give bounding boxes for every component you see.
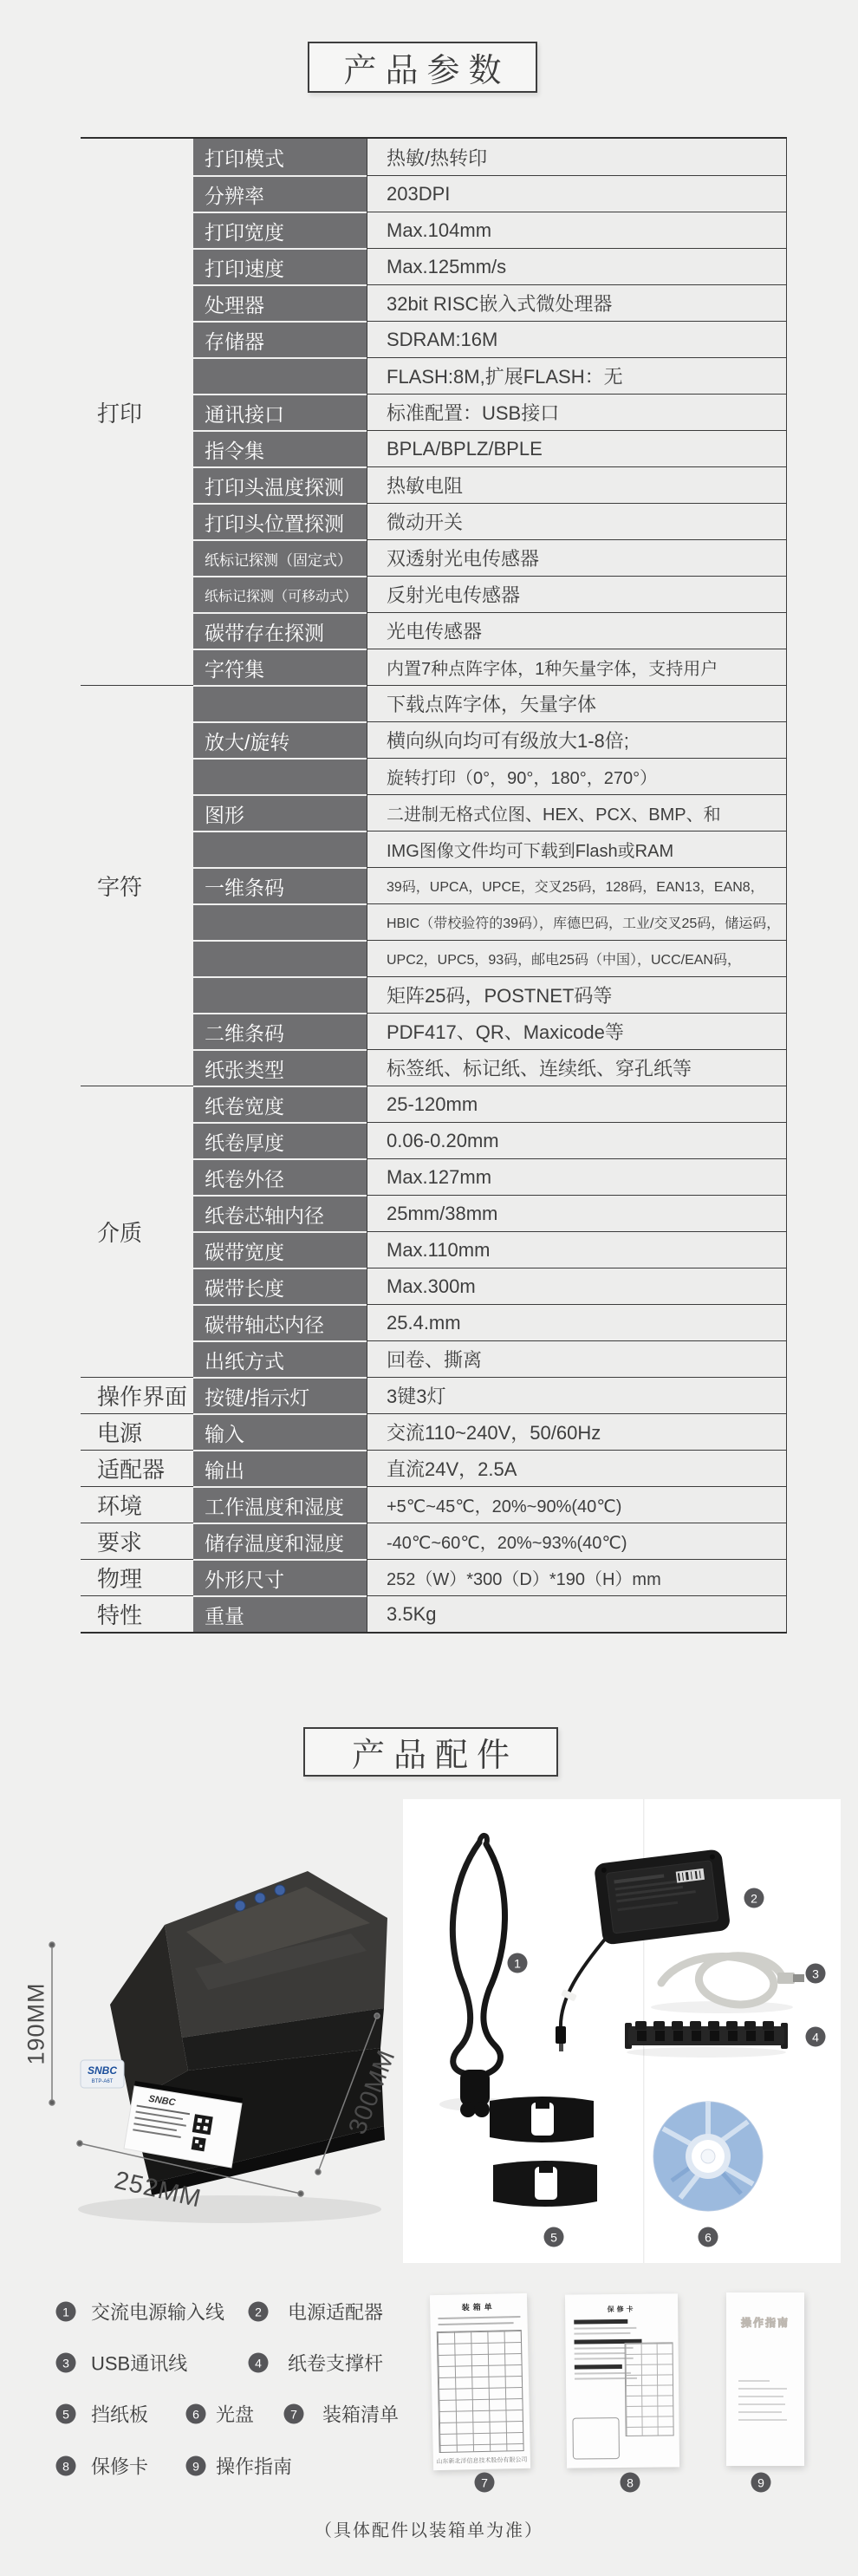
- spec-value: FLASH:8M,扩展FLASH：无: [367, 357, 787, 394]
- spec-row: IMG图像文件均可下载到Flash或RAM: [193, 831, 787, 867]
- spec-row: FLASH:8M,扩展FLASH：无: [193, 357, 787, 394]
- spec-label: 图形: [193, 794, 367, 831]
- legend-item-label: USB通讯线: [91, 2350, 187, 2377]
- doc-decoration: [575, 2352, 626, 2355]
- power-cord-image: [439, 1836, 512, 2117]
- spec-value: 二进制无格式位图、HEX、PCX、BMP、和: [367, 794, 787, 831]
- doc-stamp-box: [572, 2417, 619, 2460]
- svg-text:SNBC: SNBC: [88, 2064, 117, 2077]
- spec-label: 纸标记探测（可移动式）: [193, 576, 367, 612]
- adapter-cable-image: [556, 1936, 608, 2051]
- spec-row: 下载点阵字体，矢量字体: [193, 685, 787, 721]
- accessories-panel: [403, 1799, 841, 2263]
- doc-decoration: [574, 2327, 636, 2330]
- spec-value: +5℃~45℃，20%~90%(40℃): [367, 1486, 787, 1523]
- spec-category: 字符: [81, 685, 193, 1086]
- spec-label: 碳带存在探测: [193, 612, 367, 649]
- spec-value: Max.300m: [367, 1268, 787, 1304]
- legend-item-label: 纸卷支撑杆: [288, 2350, 383, 2377]
- spec-row: 旋转打印（0°，90°，180°，270°）: [193, 758, 787, 794]
- spec-label: 重量: [193, 1595, 367, 1632]
- paper-guide-image: [490, 2097, 597, 2207]
- spec-row: 打印头位置探测微动开关: [193, 503, 787, 539]
- spec-row: 出纸方式回卷、撕离: [193, 1340, 787, 1377]
- printer-image: SNBC BTP-A6T SNBC: [48, 1838, 394, 2237]
- operation-guide-document: 操作指南: [726, 2292, 804, 2466]
- spec-category: 要求: [81, 1523, 193, 1559]
- spec-row: 打印模式热敏/热转印: [193, 139, 787, 175]
- spec-section: 物理外形尺寸252（W）*300（D）*190（H）mm: [81, 1559, 787, 1595]
- spec-label: 打印宽度: [193, 212, 367, 248]
- spec-value: 回卷、撕离: [367, 1340, 787, 1377]
- spec-value: 标准配置：USB接口: [367, 394, 787, 430]
- item-number-badge: 1: [508, 1953, 528, 1973]
- cd-image: [653, 2102, 763, 2211]
- doc-table: [437, 2330, 524, 2453]
- usb-cable-image: [651, 1956, 804, 2013]
- legend-number-badge: 5: [56, 2404, 76, 2424]
- spec-label: 工作温度和湿度: [193, 1486, 367, 1523]
- spec-row: 碳带宽度Max.110mm: [193, 1231, 787, 1268]
- printer-brand-badge: SNBC BTP-A6T: [81, 2060, 124, 2088]
- spec-category: 打印: [81, 139, 193, 685]
- spec-category: 物理: [81, 1559, 193, 1595]
- spec-section: 要求储存温度和湿度-40℃~60℃，20%~93%(40℃): [81, 1523, 787, 1559]
- spec-row: 输入交流110~240V，50/60Hz: [193, 1413, 787, 1450]
- spec-value: PDF417、QR、Maxicode等: [367, 1013, 787, 1049]
- spec-label: 打印速度: [193, 248, 367, 284]
- spec-label: 纸张类型: [193, 1049, 367, 1086]
- spec-value: 横向纵向均可有级放大1-8倍;: [367, 721, 787, 758]
- spec-row: 分辨率203DPI: [193, 175, 787, 212]
- spec-section: 操作界面按键/指示灯3键3灯: [81, 1377, 787, 1413]
- spec-category: 操作界面: [81, 1377, 193, 1413]
- spec-value: Max.127mm: [367, 1158, 787, 1195]
- spec-row: 通讯接口标准配置：USB接口: [193, 394, 787, 430]
- spec-category: 环境: [81, 1486, 193, 1523]
- spec-value: 矩阵25码，POSTNET码等: [367, 976, 787, 1013]
- spec-value: -40℃~60℃，20%~93%(40℃): [367, 1523, 787, 1559]
- spec-label: 打印头位置探测: [193, 503, 367, 539]
- spec-label: 外形尺寸: [193, 1559, 367, 1595]
- spec-value: 32bit RISC嵌入式微处理器: [367, 284, 787, 321]
- warranty-card-document: 保修卡: [565, 2293, 679, 2468]
- spec-value: SDRAM:16M: [367, 321, 787, 357]
- spec-section: 打印打印模式热敏/热转印分辨率203DPI打印宽度Max.104mm打印速度Ma…: [81, 139, 787, 685]
- spec-label: [193, 976, 367, 1013]
- spec-value: IMG图像文件均可下载到Flash或RAM: [367, 831, 787, 867]
- legend-number-badge: 2: [249, 2302, 269, 2322]
- spec-category: 适配器: [81, 1450, 193, 1486]
- spec-row: 按键/指示灯3键3灯: [193, 1377, 787, 1413]
- spec-label: 纸卷厚度: [193, 1122, 367, 1158]
- item-number-badge: 7: [475, 2473, 495, 2493]
- spec-label: [193, 831, 367, 867]
- doc-decoration: [439, 2322, 514, 2325]
- spec-row: 纸张类型标签纸、标记纸、连续纸、穿孔纸等: [193, 1049, 787, 1086]
- spec-row: 打印速度Max.125mm/s: [193, 248, 787, 284]
- legend-item-label: 操作指南: [216, 2453, 292, 2480]
- spec-label: 输出: [193, 1450, 367, 1486]
- legend-number-badge: 3: [56, 2353, 76, 2373]
- doc-table: [625, 2342, 674, 2436]
- spec-value: 下载点阵字体，矢量字体: [367, 685, 787, 721]
- spec-value: 25mm/38mm: [367, 1195, 787, 1231]
- doc-title: 装箱单: [430, 2300, 527, 2313]
- legend-number-badge: 6: [186, 2404, 206, 2424]
- spec-row: 二维条码PDF417、QR、Maxicode等: [193, 1013, 787, 1049]
- spec-label: 二维条码: [193, 1013, 367, 1049]
- spec-label: 存储器: [193, 321, 367, 357]
- svg-text:BTP-A6T: BTP-A6T: [92, 2079, 114, 2084]
- spec-label: 一维条码: [193, 867, 367, 903]
- note-text: （具体配件以装箱单为准）: [0, 2516, 858, 2541]
- spec-value: HBIC（带校验符的39码），库德巴码，工业/交叉25码，储运码，: [367, 903, 787, 940]
- spec-value: 微动开关: [367, 503, 787, 539]
- spec-value: 反射光电传感器: [367, 576, 787, 612]
- item-number-badge: 9: [751, 2473, 771, 2493]
- title-text: 产品参数: [343, 43, 510, 91]
- spec-row: 外形尺寸252（W）*300（D）*190（H）mm: [193, 1559, 787, 1595]
- spec-section: 环境工作温度和湿度+5℃~45℃，20%~90%(40℃): [81, 1486, 787, 1523]
- spec-value: 旋转打印（0°，90°，180°，270°）: [367, 758, 787, 794]
- spec-value: 39码，UPCA，UPCE，交叉25码，128码，EAN13，EAN8，: [367, 867, 787, 903]
- spec-label: 碳带宽度: [193, 1231, 367, 1268]
- spec-label: 输入: [193, 1413, 367, 1450]
- spec-row: 纸卷厚度0.06-0.20mm: [193, 1122, 787, 1158]
- accessories-illustration: [403, 1799, 841, 2263]
- spec-row: HBIC（带校验符的39码），库德巴码，工业/交叉25码，储运码，: [193, 903, 787, 940]
- spec-label: 纸标记探测（固定式）: [193, 539, 367, 576]
- spec-label: 放大/旋转: [193, 721, 367, 758]
- spec-row: 纸卷外径Max.127mm: [193, 1158, 787, 1195]
- spec-row: 打印宽度Max.104mm: [193, 212, 787, 248]
- spec-value: 热敏电阻: [367, 466, 787, 503]
- doc-decoration: [438, 2316, 520, 2319]
- spec-section: 特性重量3.5Kg: [81, 1595, 787, 1632]
- doc-footer: 山东新北洋信息技术股份有限公司: [433, 2455, 530, 2466]
- spec-label: 打印模式: [193, 139, 367, 175]
- spec-label: [193, 903, 367, 940]
- spec-value: 3键3灯: [367, 1377, 787, 1413]
- doc-decoration: [574, 2332, 630, 2335]
- legend-item-label: 光盘: [216, 2401, 254, 2428]
- legend-item-label: 电源适配器: [288, 2299, 383, 2325]
- spec-label: 储存温度和湿度: [193, 1523, 367, 1559]
- spec-row: 工作温度和湿度+5℃~45℃，20%~90%(40℃): [193, 1486, 787, 1523]
- support-rod-image: [625, 2021, 788, 2058]
- section-title-product-accessories: 产品配件: [303, 1727, 558, 1777]
- spec-value: 光电传感器: [367, 612, 787, 649]
- spec-section: 介质纸卷宽度25-120mm纸卷厚度0.06-0.20mm纸卷外径Max.127…: [81, 1086, 787, 1377]
- spec-row: 纸标记探测（固定式）双透射光电传感器: [193, 539, 787, 576]
- doc-decoration: [574, 2319, 627, 2325]
- spec-category: 介质: [81, 1086, 193, 1377]
- spec-row: 矩阵25码，POSTNET码等: [193, 976, 787, 1013]
- spec-label: 碳带长度: [193, 1268, 367, 1304]
- spec-value: UPC2，UPC5，93码，邮电25码（中国），UCC/EAN码，: [367, 940, 787, 976]
- doc-decoration: [575, 2372, 631, 2375]
- doc-decoration: [575, 2364, 622, 2370]
- item-number-badge: 5: [544, 2227, 564, 2247]
- spec-label: [193, 685, 367, 721]
- spec-row: 纸卷宽度25-120mm: [193, 1086, 787, 1122]
- spec-row: 放大/旋转横向纵向均可有级放大1-8倍;: [193, 721, 787, 758]
- item-number-badge: 8: [621, 2473, 640, 2493]
- legend-number-badge: 7: [284, 2404, 304, 2424]
- item-number-badge: 3: [806, 1964, 826, 1984]
- spec-value: 内置7种点阵字体，1种矢量字体，支持用户: [367, 649, 787, 685]
- legend-number-badge: 4: [249, 2353, 269, 2373]
- spec-value: Max.110mm: [367, 1231, 787, 1268]
- spec-row: 储存温度和湿度-40℃~60℃，20%~93%(40℃): [193, 1523, 787, 1559]
- spec-row: 打印头温度探测热敏电阻: [193, 466, 787, 503]
- dimension-height-label: 190MM: [23, 1982, 50, 2064]
- spec-value: 3.5Kg: [367, 1595, 787, 1632]
- spec-row: 碳带轴芯内径25.4.mm: [193, 1304, 787, 1340]
- spec-label: 打印头温度探测: [193, 466, 367, 503]
- spec-label: [193, 357, 367, 394]
- spec-label: 纸卷外径: [193, 1158, 367, 1195]
- spec-row: 纸卷芯轴内径25mm/38mm: [193, 1195, 787, 1231]
- spec-category: 特性: [81, 1595, 193, 1632]
- spec-category: 电源: [81, 1413, 193, 1450]
- spec-label: 纸卷宽度: [193, 1086, 367, 1122]
- legend-item-label: 挡纸板: [91, 2401, 148, 2428]
- legend-item-label: 装箱清单: [322, 2401, 399, 2428]
- section-title-product-parameters: 产品参数: [308, 42, 537, 93]
- spec-label: [193, 758, 367, 794]
- spec-row: 碳带长度Max.300m: [193, 1268, 787, 1304]
- item-number-badge: 2: [744, 1888, 764, 1908]
- title-text: 产品配件: [352, 1728, 518, 1776]
- spec-label: [193, 940, 367, 976]
- spec-row: 处理器32bit RISC嵌入式微处理器: [193, 284, 787, 321]
- spec-section: 字符下载点阵字体，矢量字体放大/旋转横向纵向均可有级放大1-8倍;旋转打印（0°…: [81, 685, 787, 1086]
- spec-row: 输出直流24V，2.5A: [193, 1450, 787, 1486]
- spec-section: 适配器输出直流24V，2.5A: [81, 1450, 787, 1486]
- doc-title: 保修卡: [565, 2304, 678, 2314]
- legend-item-label: 交流电源输入线: [91, 2299, 224, 2325]
- spec-label: 分辨率: [193, 175, 367, 212]
- packing-list-document: 装箱单 山东新北洋信息技术股份有限公司: [430, 2293, 530, 2470]
- legend-number-badge: 1: [56, 2302, 76, 2322]
- doc-title: 操作指南: [726, 2315, 804, 2330]
- power-adapter-image: [594, 1849, 731, 1945]
- doc-decoration: [726, 2380, 804, 2421]
- legend-number-badge: 8: [56, 2456, 76, 2476]
- spec-value: 交流110~240V，50/60Hz: [367, 1413, 787, 1450]
- spec-value: 双透射光电传感器: [367, 539, 787, 576]
- spec-row: UPC2，UPC5，93码，邮电25码（中国），UCC/EAN码，: [193, 940, 787, 976]
- spec-row: 图形二进制无格式位图、HEX、PCX、BMP、和: [193, 794, 787, 831]
- spec-value: 标签纸、标记纸、连续纸、穿孔纸等: [367, 1049, 787, 1086]
- spec-label: 通讯接口: [193, 394, 367, 430]
- spec-table: 打印打印模式热敏/热转印分辨率203DPI打印宽度Max.104mm打印速度Ma…: [81, 137, 787, 1634]
- item-number-badge: 6: [699, 2227, 718, 2247]
- spec-label: 指令集: [193, 430, 367, 466]
- spec-value: 25.4.mm: [367, 1304, 787, 1340]
- spec-row: 字符集内置7种点阵字体，1种矢量字体，支持用户: [193, 649, 787, 685]
- spec-label: 字符集: [193, 649, 367, 685]
- item-number-badge: 4: [806, 2027, 826, 2047]
- spec-value: 0.06-0.20mm: [367, 1122, 787, 1158]
- spec-label: 出纸方式: [193, 1340, 367, 1377]
- spec-row: 重量3.5Kg: [193, 1595, 787, 1632]
- spec-value: 25-120mm: [367, 1086, 787, 1122]
- spec-label: 按键/指示灯: [193, 1377, 367, 1413]
- legend-number-badge: 9: [186, 2456, 206, 2476]
- spec-row: 纸标记探测（可移动式）反射光电传感器: [193, 576, 787, 612]
- spec-label: 处理器: [193, 284, 367, 321]
- spec-value: 203DPI: [367, 175, 787, 212]
- spec-label: 碳带轴芯内径: [193, 1304, 367, 1340]
- legend-item-label: 保修卡: [91, 2453, 148, 2480]
- spec-row: 一维条码39码，UPCA，UPCE，交叉25码，128码，EAN13，EAN8，: [193, 867, 787, 903]
- page: 产品参数 打印打印模式热敏/热转印分辨率203DPI打印宽度Max.104mm打…: [0, 0, 858, 2576]
- spec-section: 电源输入交流110~240V，50/60Hz: [81, 1413, 787, 1450]
- spec-value: 直流24V，2.5A: [367, 1450, 787, 1486]
- spec-row: 存储器SDRAM:16M: [193, 321, 787, 357]
- spec-row: 碳带存在探测光电传感器: [193, 612, 787, 649]
- spec-row: 指令集BPLA/BPLZ/BPLE: [193, 430, 787, 466]
- spec-value: Max.104mm: [367, 212, 787, 248]
- spec-value: Max.125mm/s: [367, 248, 787, 284]
- spec-value: 热敏/热转印: [367, 139, 787, 175]
- spec-value: BPLA/BPLZ/BPLE: [367, 430, 787, 466]
- spec-value: 252（W）*300（D）*190（H）mm: [367, 1559, 787, 1595]
- spec-label: 纸卷芯轴内径: [193, 1195, 367, 1231]
